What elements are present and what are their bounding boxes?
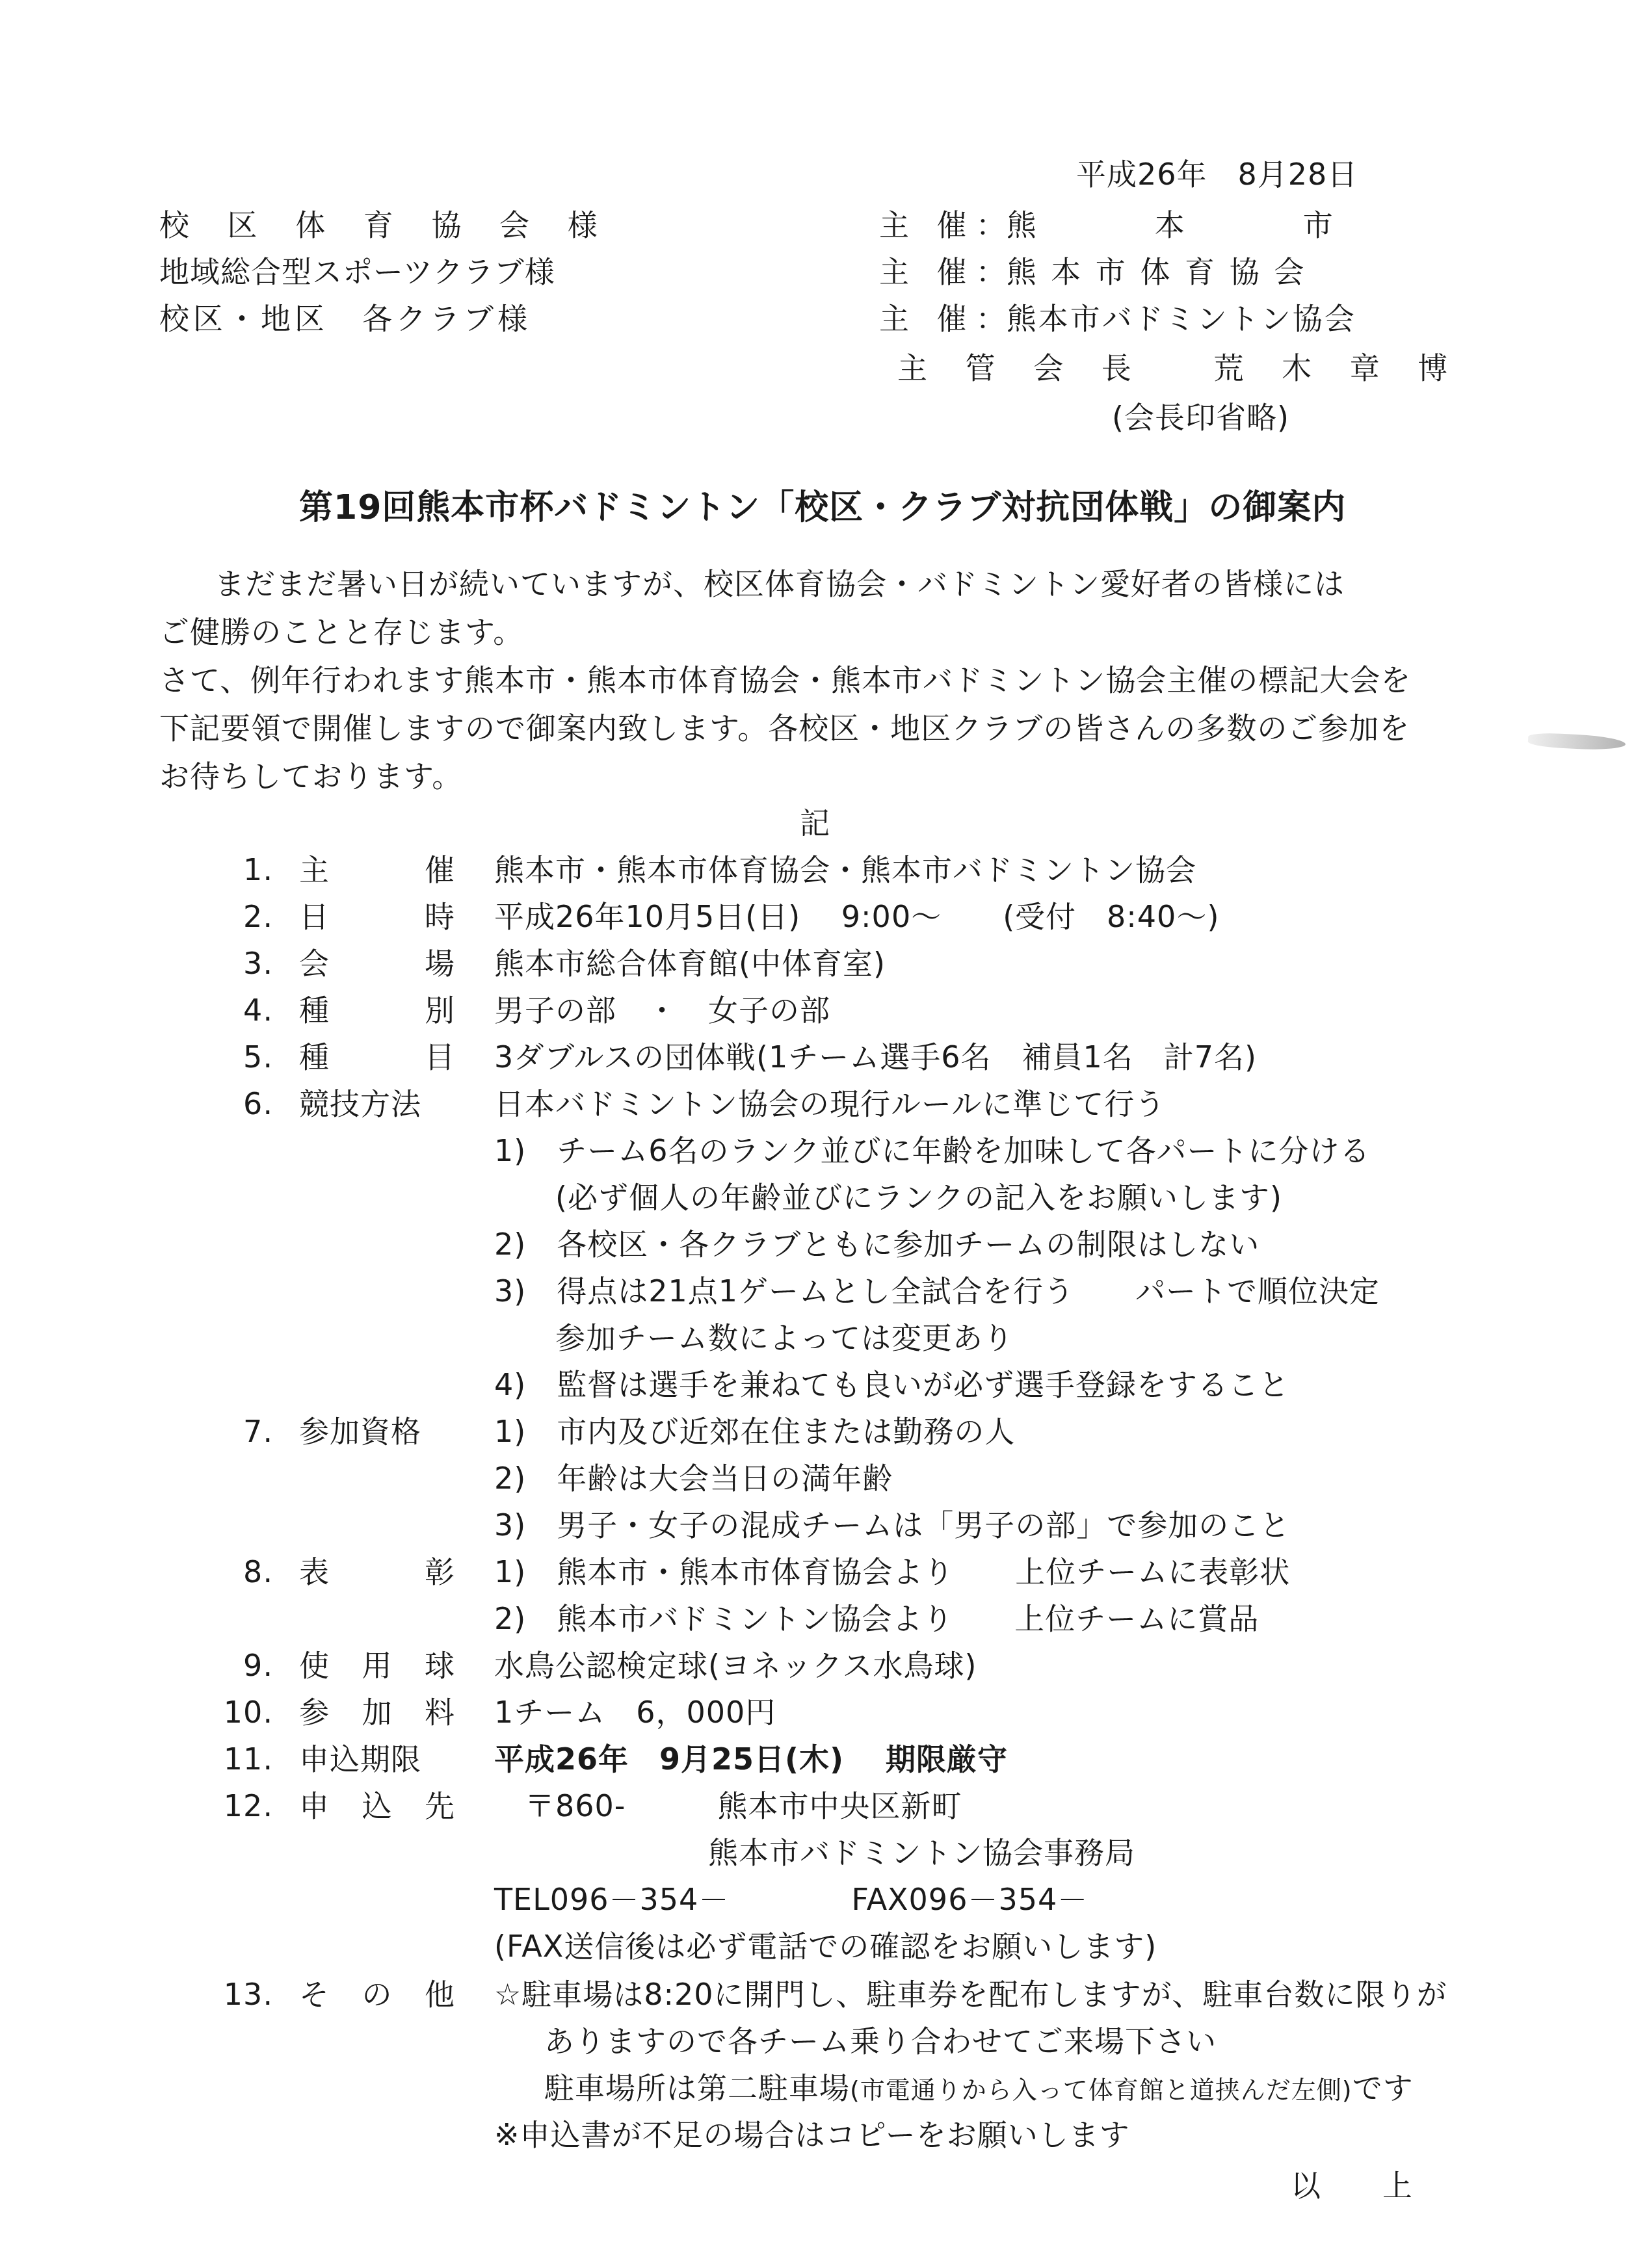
address-line: 〒860- 熊本市中央区新町: [494, 1788, 962, 1824]
recipient-1: 校 区 体 育 協 会 様: [159, 207, 612, 243]
parking-line-1: ☆駐車場は8:20に開門し、駐車券を配布しますが、駐車台数に限りが: [494, 1976, 1447, 2013]
page-title: 第19回熊本市杯バドミントン「校区・クラブ対抗団体戦」の御案内: [299, 480, 1346, 528]
item-6-sub-3: 3) 得点は21点1ゲームとし全試合を行う パートで順位決定: [494, 1273, 1380, 1309]
organizer-name: 熊 本 市 体 育 協 会: [1007, 254, 1307, 289]
closing-mark: 以 上: [1291, 2167, 1413, 2204]
item-6-sub-3-note: 参加チーム数によっては変更あり: [494, 1320, 1014, 1356]
item-value: 1) 熊本市・熊本市体育協会より 上位チームに表彰状: [494, 1554, 1290, 1590]
organizer-2: 主 催：熊 本 市 体 育 協 会: [879, 254, 1306, 290]
organizer-name: 熊 本 市: [1007, 207, 1352, 242]
item-7-sub-3: 3) 男子・女子の混成チームは「男子の部」で参加のこと: [494, 1507, 1290, 1543]
item-6-sub-2: 2) 各校区・各クラブともに参加チームの制限はしない: [494, 1226, 1260, 1262]
item-value: 1) 市内及び近郊在住または勤務の人: [494, 1413, 1015, 1450]
item-value: 日本バドミントン協会の現行ルールに準じて行う: [494, 1086, 1165, 1122]
item-value: 熊本市・熊本市体育協会・熊本市バドミントン協会: [494, 852, 1196, 888]
item-8-sub-2: 2) 熊本市バドミントン協会より 上位チームに賞品: [494, 1600, 1259, 1637]
seal-note: (会長印省略): [1112, 399, 1289, 436]
fax-note: (FAX送信後は必ず電話での確認をお願いします): [494, 1928, 1157, 1964]
office-name: 熊本市バドミントン協会事務局: [494, 1834, 1135, 1871]
item-6-sub-4: 4) 監督は選手を兼ねても良いが必ず選手登録をすること: [494, 1366, 1289, 1403]
organizer-role: 主 催: [879, 301, 976, 336]
intro-line-3: さて、例年行われます熊本市・熊本市体育協会・熊本市バドミントン協会主催の標記大会…: [159, 662, 1411, 698]
document-date: 平成26年 8月28日: [1076, 156, 1358, 192]
scan-smudge: [1528, 732, 1626, 751]
item-6-sub-1-note: (必ず個人の年齢並びにランクの記入をお願いします): [494, 1179, 1282, 1216]
intro-line-2: ご健勝のことと存じます。: [159, 614, 523, 650]
item-6-sub-1: 1) チーム6名のランク並びに年齢を加味して各パートに分ける: [494, 1132, 1371, 1169]
parking-location-note: (市電通りから入って体育館と道挟んだ左側): [850, 2076, 1352, 2104]
item-value: 水鳥公認検定球(ヨネックス水鳥球): [494, 1647, 977, 1684]
intro-line-5: お待ちしております。: [159, 758, 462, 794]
item-7-sub-2: 2) 年齢は大会当日の満年齢: [494, 1460, 893, 1496]
parking-line-2: ありますので各チーム乗り合わせてご来場下さい: [514, 2023, 1217, 2059]
organizer-role: 主 催: [879, 254, 976, 289]
recipient-2: 地域総合型スポーツクラブ様: [159, 254, 555, 290]
deadline-value: 平成26年 9月25日(木) 期限厳守: [494, 1741, 1008, 1777]
organizer-role: 主 催: [879, 207, 976, 242]
organizer-1: 主 催：熊 本 市: [879, 207, 1352, 243]
tel-fax-line: TEL096－354－ FAX096－354－: [494, 1881, 1088, 1918]
intro-line-1: まだまだ暑い日が続いていますが、校区体育協会・バドミントン愛好者の皆様には: [215, 566, 1345, 602]
ki-heading: 記: [800, 805, 830, 841]
item-value: 熊本市総合体育館(中体育室): [494, 945, 886, 982]
item-value: 平成26年10月5日(日) 9:00～ (受付 8:40～): [494, 898, 1219, 935]
recipient-3: 校区・地区 各クラブ様: [159, 300, 531, 337]
intro-line-4: 下記要領で開催しますので御案内致します。各校区・地区クラブの皆さんの多数のご参加…: [159, 710, 1410, 746]
item-value: 1チーム 6，000円: [494, 1694, 776, 1730]
item-value: 3ダブルスの団体戦(1チーム選手6名 補員1名 計7名): [494, 1039, 1257, 1075]
manager-line: 主 管 会 長 荒 木 章 博: [897, 350, 1462, 386]
parking-line-3: 駐車場所は第二駐車場(市電通りから入って体育館と道挟んだ左側)です: [514, 2070, 1414, 2108]
copy-note: ※申込書が不足の場合はコピーをお願いします: [494, 2117, 1130, 2153]
organizer-3: 主 催：熊本市バドミントン協会: [879, 300, 1356, 337]
organizer-name: 熊本市バドミントン協会: [1007, 301, 1356, 336]
item-value: 男子の部 ・ 女子の部: [494, 992, 830, 1028]
